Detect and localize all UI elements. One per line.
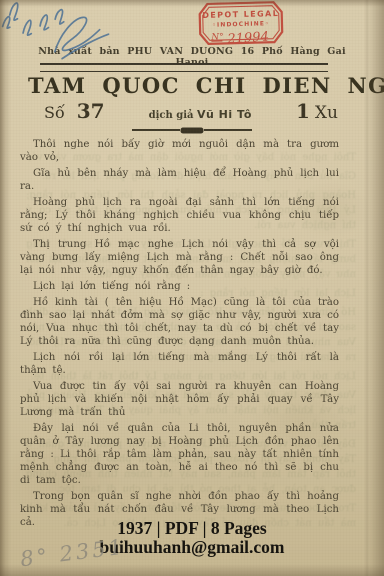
price-unit: Xu bbox=[315, 103, 338, 123]
translator-group: dịch giả Vũ Hi Tô bbox=[149, 108, 252, 121]
scanned-book-page: Thôi nghe nói bấy giờ mới nguôi dận mà t… bbox=[0, 0, 384, 576]
stamp-line1: DEPOT LEGAL bbox=[202, 9, 279, 20]
stamp-line2: ◦INDOCHINE◦ bbox=[212, 20, 270, 29]
translator-label: dịch giả bbox=[149, 110, 194, 121]
ornament-divider bbox=[132, 127, 252, 133]
price-number: 1 bbox=[296, 99, 310, 123]
translator-name: Vũ Hi Tô bbox=[197, 108, 252, 121]
issue-number-group: Số37 bbox=[44, 99, 105, 123]
price-group: 1Xu bbox=[296, 99, 338, 123]
issue-number: 37 bbox=[77, 99, 105, 123]
body-paragraph: Thôi nghe nói bấy giờ mới nguôi dận mà t… bbox=[20, 138, 339, 164]
issue-label: Số bbox=[44, 103, 65, 122]
body-paragraph: Đây lại nói về quân của Li thôi, nguyên … bbox=[20, 422, 339, 487]
body-text: Thôi nghe nói bấy giờ mới nguôi dận mà t… bbox=[20, 138, 339, 532]
body-paragraph: Vua được tin ấy vội sai người ra khuyên … bbox=[20, 380, 339, 419]
double-rule bbox=[40, 63, 328, 72]
depot-legal-stamp: DEPOT LEGAL ◦INDOCHINE◦ N° 21994 bbox=[197, 1, 284, 49]
body-paragraph: Lịch lại lớn tiếng nói rằng : bbox=[20, 280, 339, 293]
body-paragraph: Lịch nói rồi lại lớn tiếng mà mắng Lý th… bbox=[20, 351, 339, 377]
watermark-line1: 1937 | PDF | 8 Pages bbox=[0, 519, 384, 538]
issue-row: Số37 dịch giả Vũ Hi Tô 1Xu bbox=[44, 99, 338, 123]
book-title: TAM QUOC CHI DIEN NGHĨA bbox=[28, 73, 356, 98]
page-edge-left bbox=[0, 0, 11, 576]
body-paragraph: Gĩa hủ bên nháy mà làm hiệu để Hoàng phủ… bbox=[20, 167, 339, 193]
body-paragraph: Thị trung Hồ mạc nghe Lịch nói vậy thì c… bbox=[20, 238, 339, 277]
body-paragraph: Hoàng phủ lịch ra ngoài đại sảnh thì lớn… bbox=[20, 196, 339, 235]
divider-ornament bbox=[181, 128, 203, 133]
stamp-number-value: 21994 bbox=[226, 30, 269, 48]
body-paragraph: Hồ kinh tài ( tên hiệu Hồ Mạc) cũng là t… bbox=[20, 296, 339, 348]
divider-line-left bbox=[132, 129, 180, 131]
divider-line-right bbox=[204, 129, 252, 131]
